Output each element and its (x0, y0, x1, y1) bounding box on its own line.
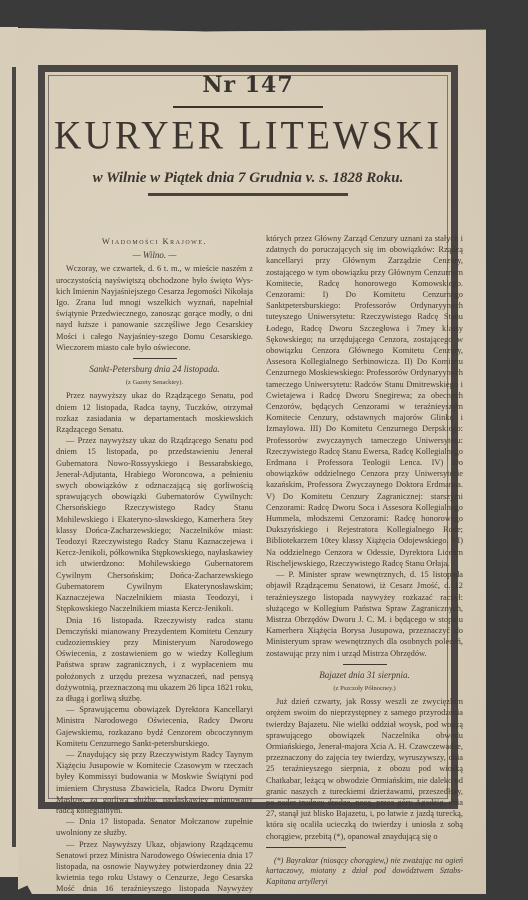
paragraph: Dnia 16 listopada. Rzeczywisty radca sta… (56, 615, 253, 705)
footnote: (*) Bayraktar (niosący chorągiew,) nie z… (266, 856, 463, 888)
article-wilno: Wczoray, we czwartek, d. 6 t. m., w mieś… (56, 263, 253, 353)
paragraph: — P. Minister spraw wewnętrznych, d. 15 … (266, 569, 463, 659)
newspaper-page: Nr 147 KURYER LITEWSKI w Wilnie w Piątek… (18, 28, 486, 894)
article-bajazet: Już dzień czwarty, jak Rossy weszli ze z… (266, 696, 463, 842)
paragraph: — Przez Naywyższy Ukaz, objawiony Rządzą… (56, 839, 253, 900)
issue-number: Nr 147 (45, 72, 451, 98)
source-note: (z Gazety Senackiey). (56, 377, 253, 388)
dateline-rule (148, 193, 348, 196)
previous-page-edge (0, 27, 20, 877)
dateline: w Wilnie w Piątek dnia 7 Grudnia v. s. 1… (45, 170, 451, 187)
dateline-bajazet: Bajazet dnia 31 sierpnia. (266, 670, 463, 681)
source-note: (z Pszczoły Północney.) (266, 683, 463, 694)
dateline-wilno: — Wilno. — (56, 250, 253, 261)
footnote-rule (266, 847, 346, 848)
paragraph: — Sprawującemu obowiązek Dyrektora Kance… (56, 704, 253, 749)
section-heading: Wiadomości Krajowe. (56, 236, 253, 247)
dateline-petersburg: Sankt-Petersburg dnia 24 listopada. (56, 364, 253, 375)
separator (343, 664, 387, 665)
masthead: Nr 147 KURYER LITEWSKI w Wilnie w Piątek… (45, 72, 451, 196)
paragraph: których przez Główny Zarząd Cenzury uzna… (266, 233, 463, 569)
masthead-rule (173, 106, 323, 108)
paragraph: — Znaydujący się przy Rzeczywistym Radcy… (56, 749, 253, 816)
separator (133, 358, 177, 359)
previous-page-frame-rule (12, 67, 16, 847)
paragraph: — Przez naywyższy ukaz do Rządzącego Sen… (56, 435, 253, 614)
right-column: których przez Główny Zarząd Cenzury uzna… (266, 233, 463, 895)
paragraph: — Dnia 17 listopada. Senator Mołczanow z… (56, 816, 253, 838)
newspaper-title: KURYER LITEWSKI (45, 113, 451, 159)
left-column: Wiadomości Krajowe. — Wilno. — Wczoray, … (56, 233, 253, 900)
paragraph: Przez naywyższy ukaz do Rządzącego Senat… (56, 390, 253, 435)
